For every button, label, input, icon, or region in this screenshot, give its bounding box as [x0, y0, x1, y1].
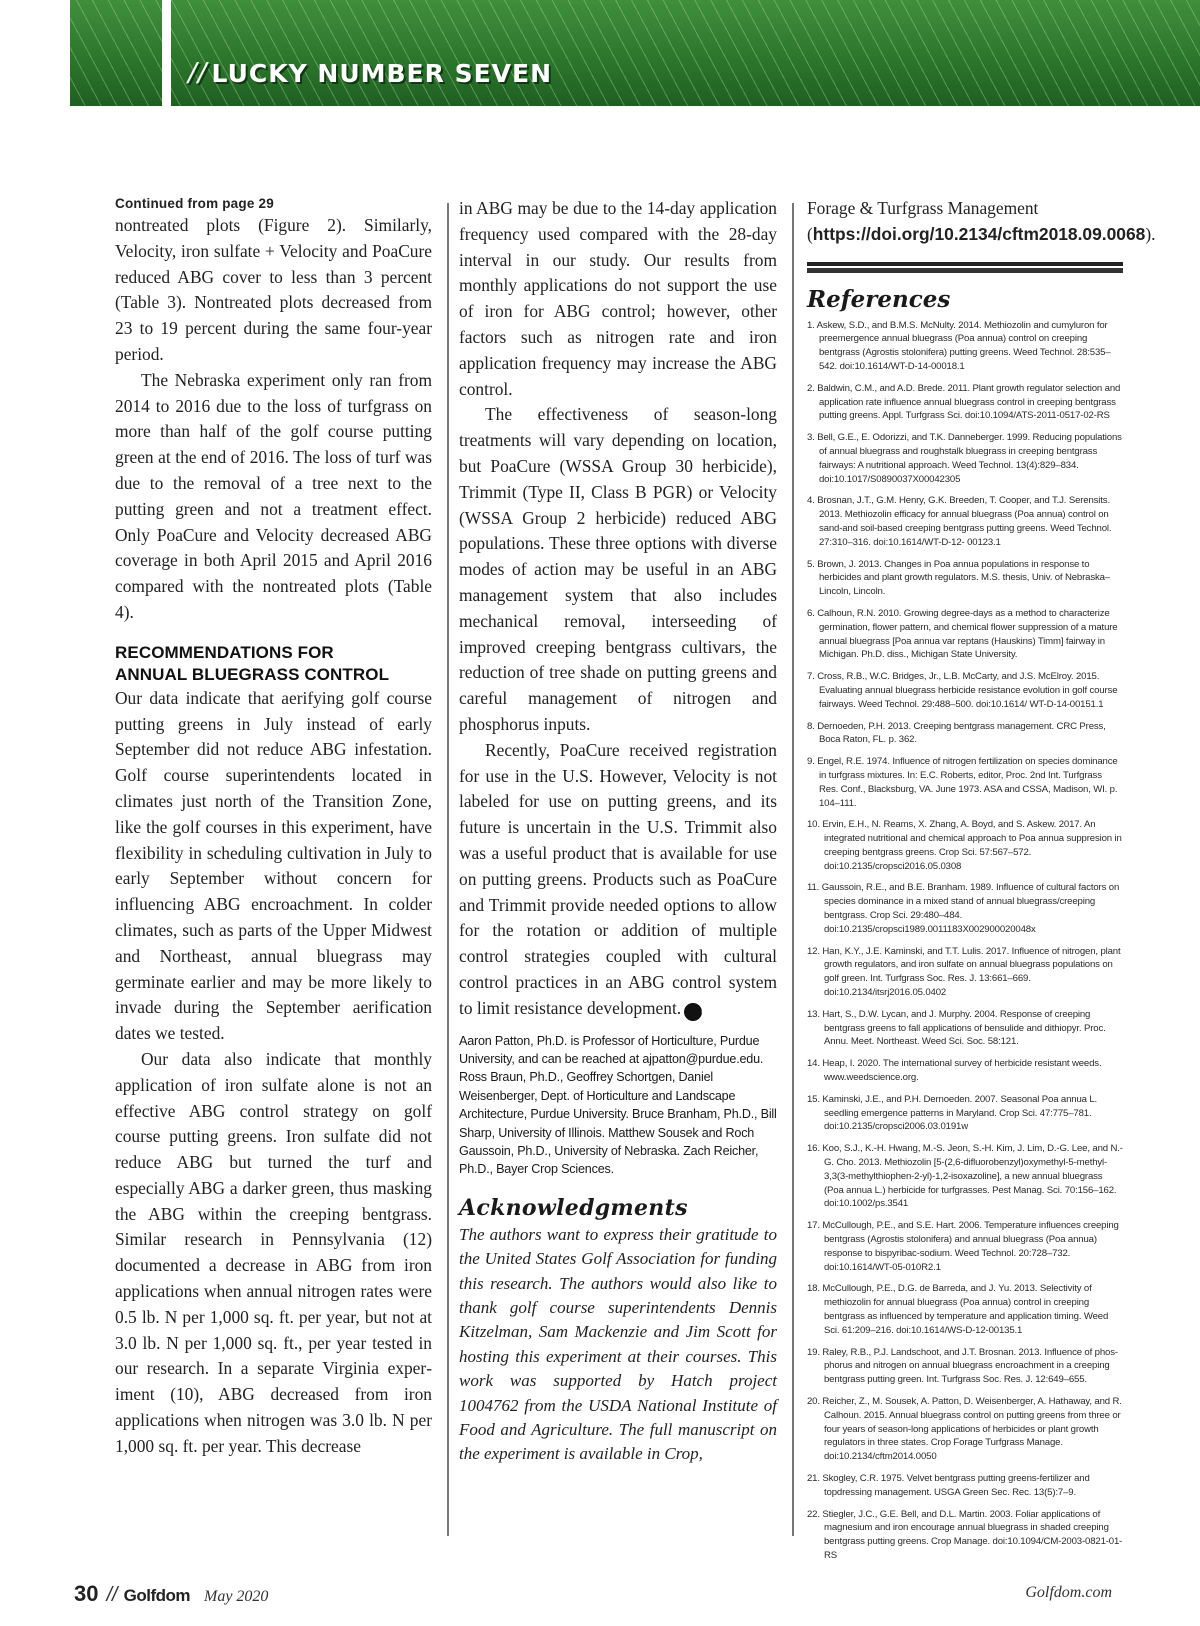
header-banner: // LUCKY NUMBER SEVEN — [70, 0, 1200, 106]
reference-item: 22. Stiegler, J.C., G.E. Bell, and D.L. … — [807, 1508, 1123, 1563]
title-slashes: // — [188, 58, 208, 88]
section-title-text: LUCKY NUMBER SEVEN — [212, 59, 553, 88]
reference-item: 13. Hart, S., D.W. Lycan, and J. Murphy.… — [807, 1008, 1123, 1049]
paragraph: The Nebraska experiment only ran from 20… — [115, 368, 432, 626]
footer-slashes: // — [106, 1584, 117, 1607]
reference-item: 1. Askew, S.D., and B.M.S. McNulty. 2014… — [807, 319, 1123, 374]
reference-item: 7. Cross, R.B., W.C. Bridges, Jr., L.B. … — [807, 670, 1123, 711]
column-divider — [792, 203, 794, 1536]
column-divider — [447, 203, 449, 1536]
article-body-2: Our data indicate that aerifying golf co… — [115, 686, 432, 1460]
acknowledgments-text: The authors want to express their gratit… — [459, 1223, 777, 1467]
paragraph: The effectiveness of season-long treatme… — [459, 402, 777, 737]
page-number: 30 — [74, 1581, 98, 1607]
subheading-line: RECOMMENDATIONS FOR — [115, 642, 432, 664]
reference-item: 12. Han, K.Y., J.E. Kaminski, and T.T. L… — [807, 945, 1123, 1000]
paragraph-final: Recently, PoaCure received regis­tration… — [459, 738, 777, 1022]
footer-website: Golfdom.com — [1025, 1584, 1112, 1602]
author-bio: Aaron Patton, Ph.D. is Professor of Hort… — [459, 1032, 777, 1179]
paragraph-text: Recently, PoaCure received regis­tration… — [459, 740, 777, 1018]
references-heading: References — [807, 286, 1123, 313]
banner-stripe — [162, 0, 171, 106]
column-1: Continued from page 29 nontreated plots … — [115, 196, 432, 1460]
acknowledgments-heading: Acknowledgments — [459, 1195, 777, 1221]
golfdom-end-mark-icon: G — [684, 1003, 702, 1021]
reference-item: 17. McCullough, P.E., and S.E. Hart. 200… — [807, 1219, 1123, 1274]
reference-item: 11. Gaussoin, R.E., and B.E. Branham. 19… — [807, 881, 1123, 936]
reference-item: 4. Brosnan, J.T., G.M. Henry, G.K. Breed… — [807, 494, 1123, 549]
issue-date: May 2020 — [204, 1588, 268, 1606]
section-title: // LUCKY NUMBER SEVEN — [188, 56, 552, 90]
reference-item: 14. Heap, I. 2020. The international sur… — [807, 1057, 1123, 1085]
reference-item: 5. Brown, J. 2013. Changes in Poa annua … — [807, 558, 1123, 599]
column-2: in ABG may be due to the 14-day appli­ca… — [459, 196, 777, 1467]
paragraph: in ABG may be due to the 14-day appli­ca… — [459, 196, 777, 402]
reference-item: 21. Skogley, C.R. 1975. Velvet bentgrass… — [807, 1472, 1123, 1500]
page-footer: 30 // Golfdom May 2020 — [74, 1581, 268, 1611]
magazine-brand: Golfdom — [124, 1586, 190, 1606]
doi-link[interactable]: https://doi.org/10.2134/cftm2018.09.0068 — [813, 224, 1146, 244]
paragraph: Our data indicate that aerifying golf co… — [115, 686, 432, 1047]
continued-from-label: Continued from page 29 — [115, 196, 432, 211]
reference-item: 16. Koo, S.J., K.-H. Hwang, M.-S. Jeon, … — [807, 1142, 1123, 1211]
subheading-line: ANNUAL BLUEGRASS CONTROL — [115, 664, 432, 686]
reference-item: 19. Raley, R.B., P.J. Landschoot, and J.… — [807, 1346, 1123, 1387]
article-body-1: nontreated plots (Figure 2). Similarly, … — [115, 213, 432, 626]
reference-item: 2. Baldwin, C.M., and A.D. Brede. 2011. … — [807, 382, 1123, 423]
reference-item: 6. Calhoun, R.N. 2010. Growing degree-da… — [807, 607, 1123, 662]
paragraph: nontreated plots (Figure 2). Similarly, … — [115, 213, 432, 368]
citation-end: ). — [1145, 224, 1155, 244]
references-list: 1. Askew, S.D., and B.M.S. McNulty. 2014… — [807, 319, 1123, 1563]
subheading: RECOMMENDATIONS FOR ANNUAL BLUEGRASS CON… — [115, 642, 432, 686]
reference-item: 9. Engel, R.E. 1974. Influence of nitrog… — [807, 755, 1123, 810]
reference-item: 3. Bell, G.E., E. Odorizzi, and T.K. Dan… — [807, 431, 1123, 486]
reference-item: 8. Dernoeden, P.H. 2013. Creeping bentgr… — [807, 720, 1123, 748]
journal-citation: Forage & Turfgrass Management (https://d… — [807, 196, 1123, 248]
reference-item: 15. Kaminski, J.E., and P.H. Dernoeden. … — [807, 1093, 1123, 1134]
reference-item: 18. McCullough, P.E., D.G. de Barreda, a… — [807, 1282, 1123, 1337]
column-3: Forage & Turfgrass Management (https://d… — [807, 196, 1123, 1571]
article-body-3: in ABG may be due to the 14-day appli­ca… — [459, 196, 777, 1022]
section-divider — [807, 262, 1123, 274]
reference-item: 10. Ervin, E.H., N. Reams, X. Zhang, A. … — [807, 818, 1123, 873]
reference-item: 20. Reicher, Z., M. Sousek, A. Patton, D… — [807, 1395, 1123, 1464]
paragraph: Our data also indicate that monthly appl… — [115, 1047, 432, 1460]
